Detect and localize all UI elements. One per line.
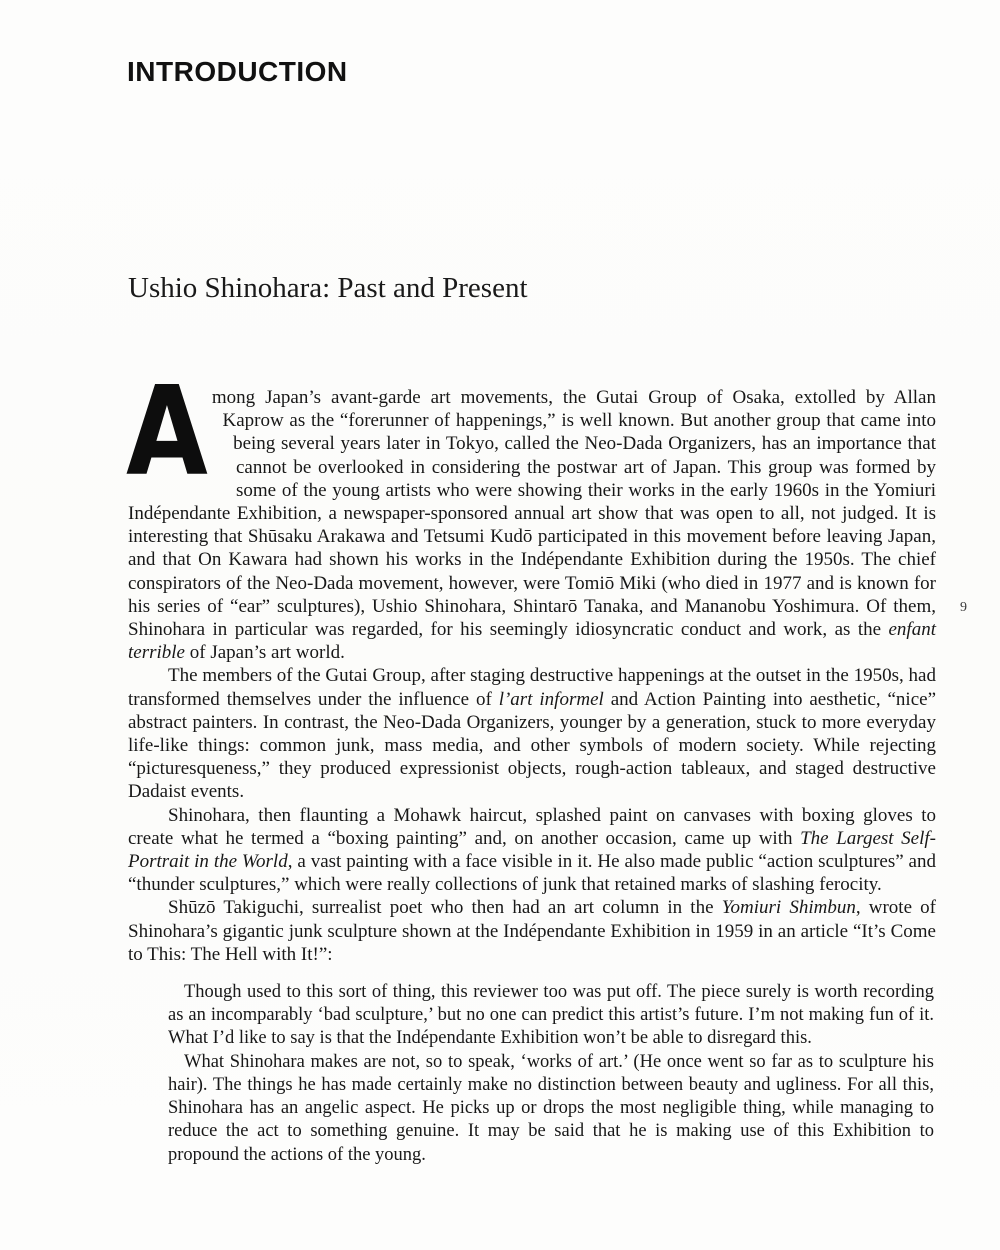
paragraph-1-text: mong Japan’s avant-garde art movements, … xyxy=(128,387,936,640)
section-heading: INTRODUCTION xyxy=(127,56,348,88)
paragraph-1-text-end: of Japan’s art world. xyxy=(185,642,345,663)
paragraph-4-italic: Yomiuri Shimbun xyxy=(722,897,856,918)
body-text: Among Japan’s avant-garde art movements,… xyxy=(128,386,936,1167)
book-page: INTRODUCTION Ushio Shinohara: Past and P… xyxy=(0,0,1000,1250)
paragraph-2: The members of the Gutai Group, after st… xyxy=(128,664,936,803)
paragraph-1: Among Japan’s avant-garde art movements,… xyxy=(128,386,936,664)
extract-quote: Though used to this sort of thing, this … xyxy=(168,981,934,1167)
paragraph-2-italic: l’art informel xyxy=(499,689,604,710)
paragraph-3: Shinohara, then flaunting a Mohawk hairc… xyxy=(128,804,936,897)
paragraph-4-text: Shūzō Takiguchi, surrealist poet who the… xyxy=(168,897,722,918)
quote-paragraph-1: Though used to this sort of thing, this … xyxy=(168,981,934,1051)
page-number: 9 xyxy=(960,600,967,616)
paragraph-4: Shūzō Takiguchi, surrealist poet who the… xyxy=(128,896,936,966)
chapter-title: Ushio Shinohara: Past and Present xyxy=(128,272,528,305)
quote-paragraph-2: What Shinohara makes are not, so to spea… xyxy=(168,1051,934,1167)
dropcap-letter: A xyxy=(126,388,221,480)
